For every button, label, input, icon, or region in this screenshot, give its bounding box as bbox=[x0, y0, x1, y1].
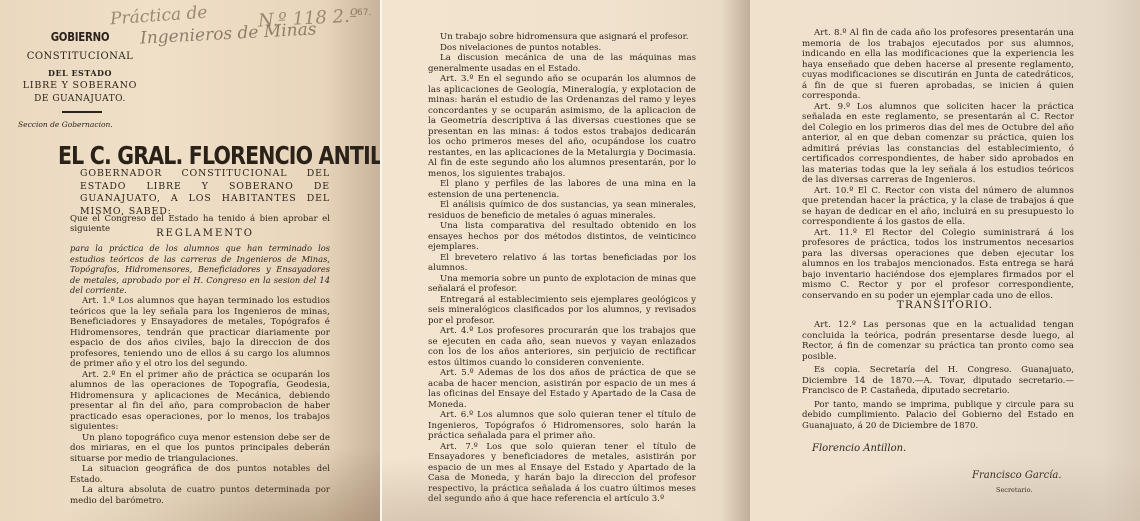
list-item: El análisis químico de dos sustancias, y… bbox=[428, 200, 696, 221]
article-12: Art. 12.º Las personas que en la actuali… bbox=[802, 320, 1074, 362]
list-item: Entregará al establecimiento seis ejempl… bbox=[428, 295, 696, 327]
article-2: Art. 2.º En el primer año de práctica se… bbox=[70, 370, 330, 433]
reglamento-subtitle: para la práctica de los alumnos que han … bbox=[70, 243, 330, 296]
list-item: Una lista comparativa del resultado obte… bbox=[428, 221, 696, 253]
page-2: Un trabajo sobre hidromensura que asigna… bbox=[382, 0, 750, 521]
list-item: Un plano topográfico cuya menor estensio… bbox=[70, 433, 330, 465]
page-1: Práctica de Ingenieros de Minas N.º 118 … bbox=[0, 0, 380, 521]
page3-body: Art. 8.º Al fin de cada año los profesor… bbox=[802, 28, 1074, 301]
handwritten-number: N.º 118 2.º bbox=[258, 5, 359, 31]
article-6: Art. 6.º Los alumnos que solo quieran te… bbox=[428, 410, 696, 442]
article-7: Art. 7.º Los que solo quieran tener el t… bbox=[428, 442, 696, 505]
transitorio-heading: TRANSITORIO. bbox=[750, 299, 1140, 311]
list-item: El plano y perfiles de las labores de un… bbox=[428, 179, 696, 200]
article-8: Art. 8.º Al fin de cada año los profesor… bbox=[802, 28, 1074, 102]
page-number: 67. bbox=[357, 8, 371, 18]
governor-line: GOBERNADOR CONSTITUCIONAL DEL ESTADO LIB… bbox=[80, 168, 330, 218]
article-9: Art. 9.º Los alumnos que soliciten hacer… bbox=[802, 102, 1074, 186]
signature-secretary: Francisco García. bbox=[972, 470, 1062, 481]
list-item: La altura absoluta de cuatro puntos dete… bbox=[70, 485, 330, 506]
list-item: La discusion mecánica de una de las máqu… bbox=[428, 53, 696, 74]
header-libre: LIBRE Y SOBERANO bbox=[20, 80, 140, 91]
signature-governor: Florencio Antillon. bbox=[812, 443, 906, 454]
decree-title: EL C. GRAL. FLORENCIO ANTILLON, bbox=[58, 141, 380, 170]
article-11: Art. 11.º El Rector del Colegio suminist… bbox=[802, 228, 1074, 302]
secretary-role: Secretario. bbox=[996, 486, 1032, 494]
page2-body: Un trabajo sobre hidromensura que asigna… bbox=[428, 32, 696, 505]
header-constitucional: CONSTITUCIONAL bbox=[20, 51, 140, 62]
por-tanto-text: Por tanto, mando se imprima, publique y … bbox=[802, 400, 1074, 432]
header-del-estado: DEL ESTADO bbox=[20, 68, 140, 78]
reglamento-heading: REGLAMENTO bbox=[0, 228, 380, 239]
article-1: Art. 1.º Los alumnos que hayan terminado… bbox=[70, 296, 330, 370]
article-10: Art. 10.º El C. Rector con vista del núm… bbox=[802, 186, 1074, 228]
article-4: Art. 4.º Los profesores procurarán que l… bbox=[428, 326, 696, 368]
article-5: Art. 5.º Ademas de los dos años de práct… bbox=[428, 368, 696, 410]
list-item: Una memoria sobre un punto de explotacio… bbox=[428, 274, 696, 295]
page1-body: Art. 1.º Los alumnos que hayan terminado… bbox=[70, 296, 330, 506]
list-item: La situacion geográfica de dos puntos no… bbox=[70, 464, 330, 485]
article-3: Art. 3.º En el segundo año se ocuparán l… bbox=[428, 74, 696, 179]
header-gobierno: GOBIERNO bbox=[29, 30, 131, 44]
es-copia-text: Es copia. Secretaría del H. Congreso. Gu… bbox=[802, 365, 1074, 397]
list-item: El brevetero relativo á las tortas benef… bbox=[428, 253, 696, 274]
page-3: Art. 8.º Al fin de cada año los profesor… bbox=[750, 0, 1140, 521]
header-rule bbox=[62, 111, 102, 113]
seccion-label: Seccion de Gobernacion. bbox=[18, 120, 113, 129]
page3-closing: Art. 12.º Las personas que en la actuali… bbox=[802, 320, 1074, 431]
header-guanajuato: DE GUANAJUATO. bbox=[20, 94, 140, 104]
list-item: Un trabajo sobre hidromensura que asigna… bbox=[428, 32, 696, 43]
list-item: Dos nivelaciones de puntos notables. bbox=[428, 43, 696, 54]
